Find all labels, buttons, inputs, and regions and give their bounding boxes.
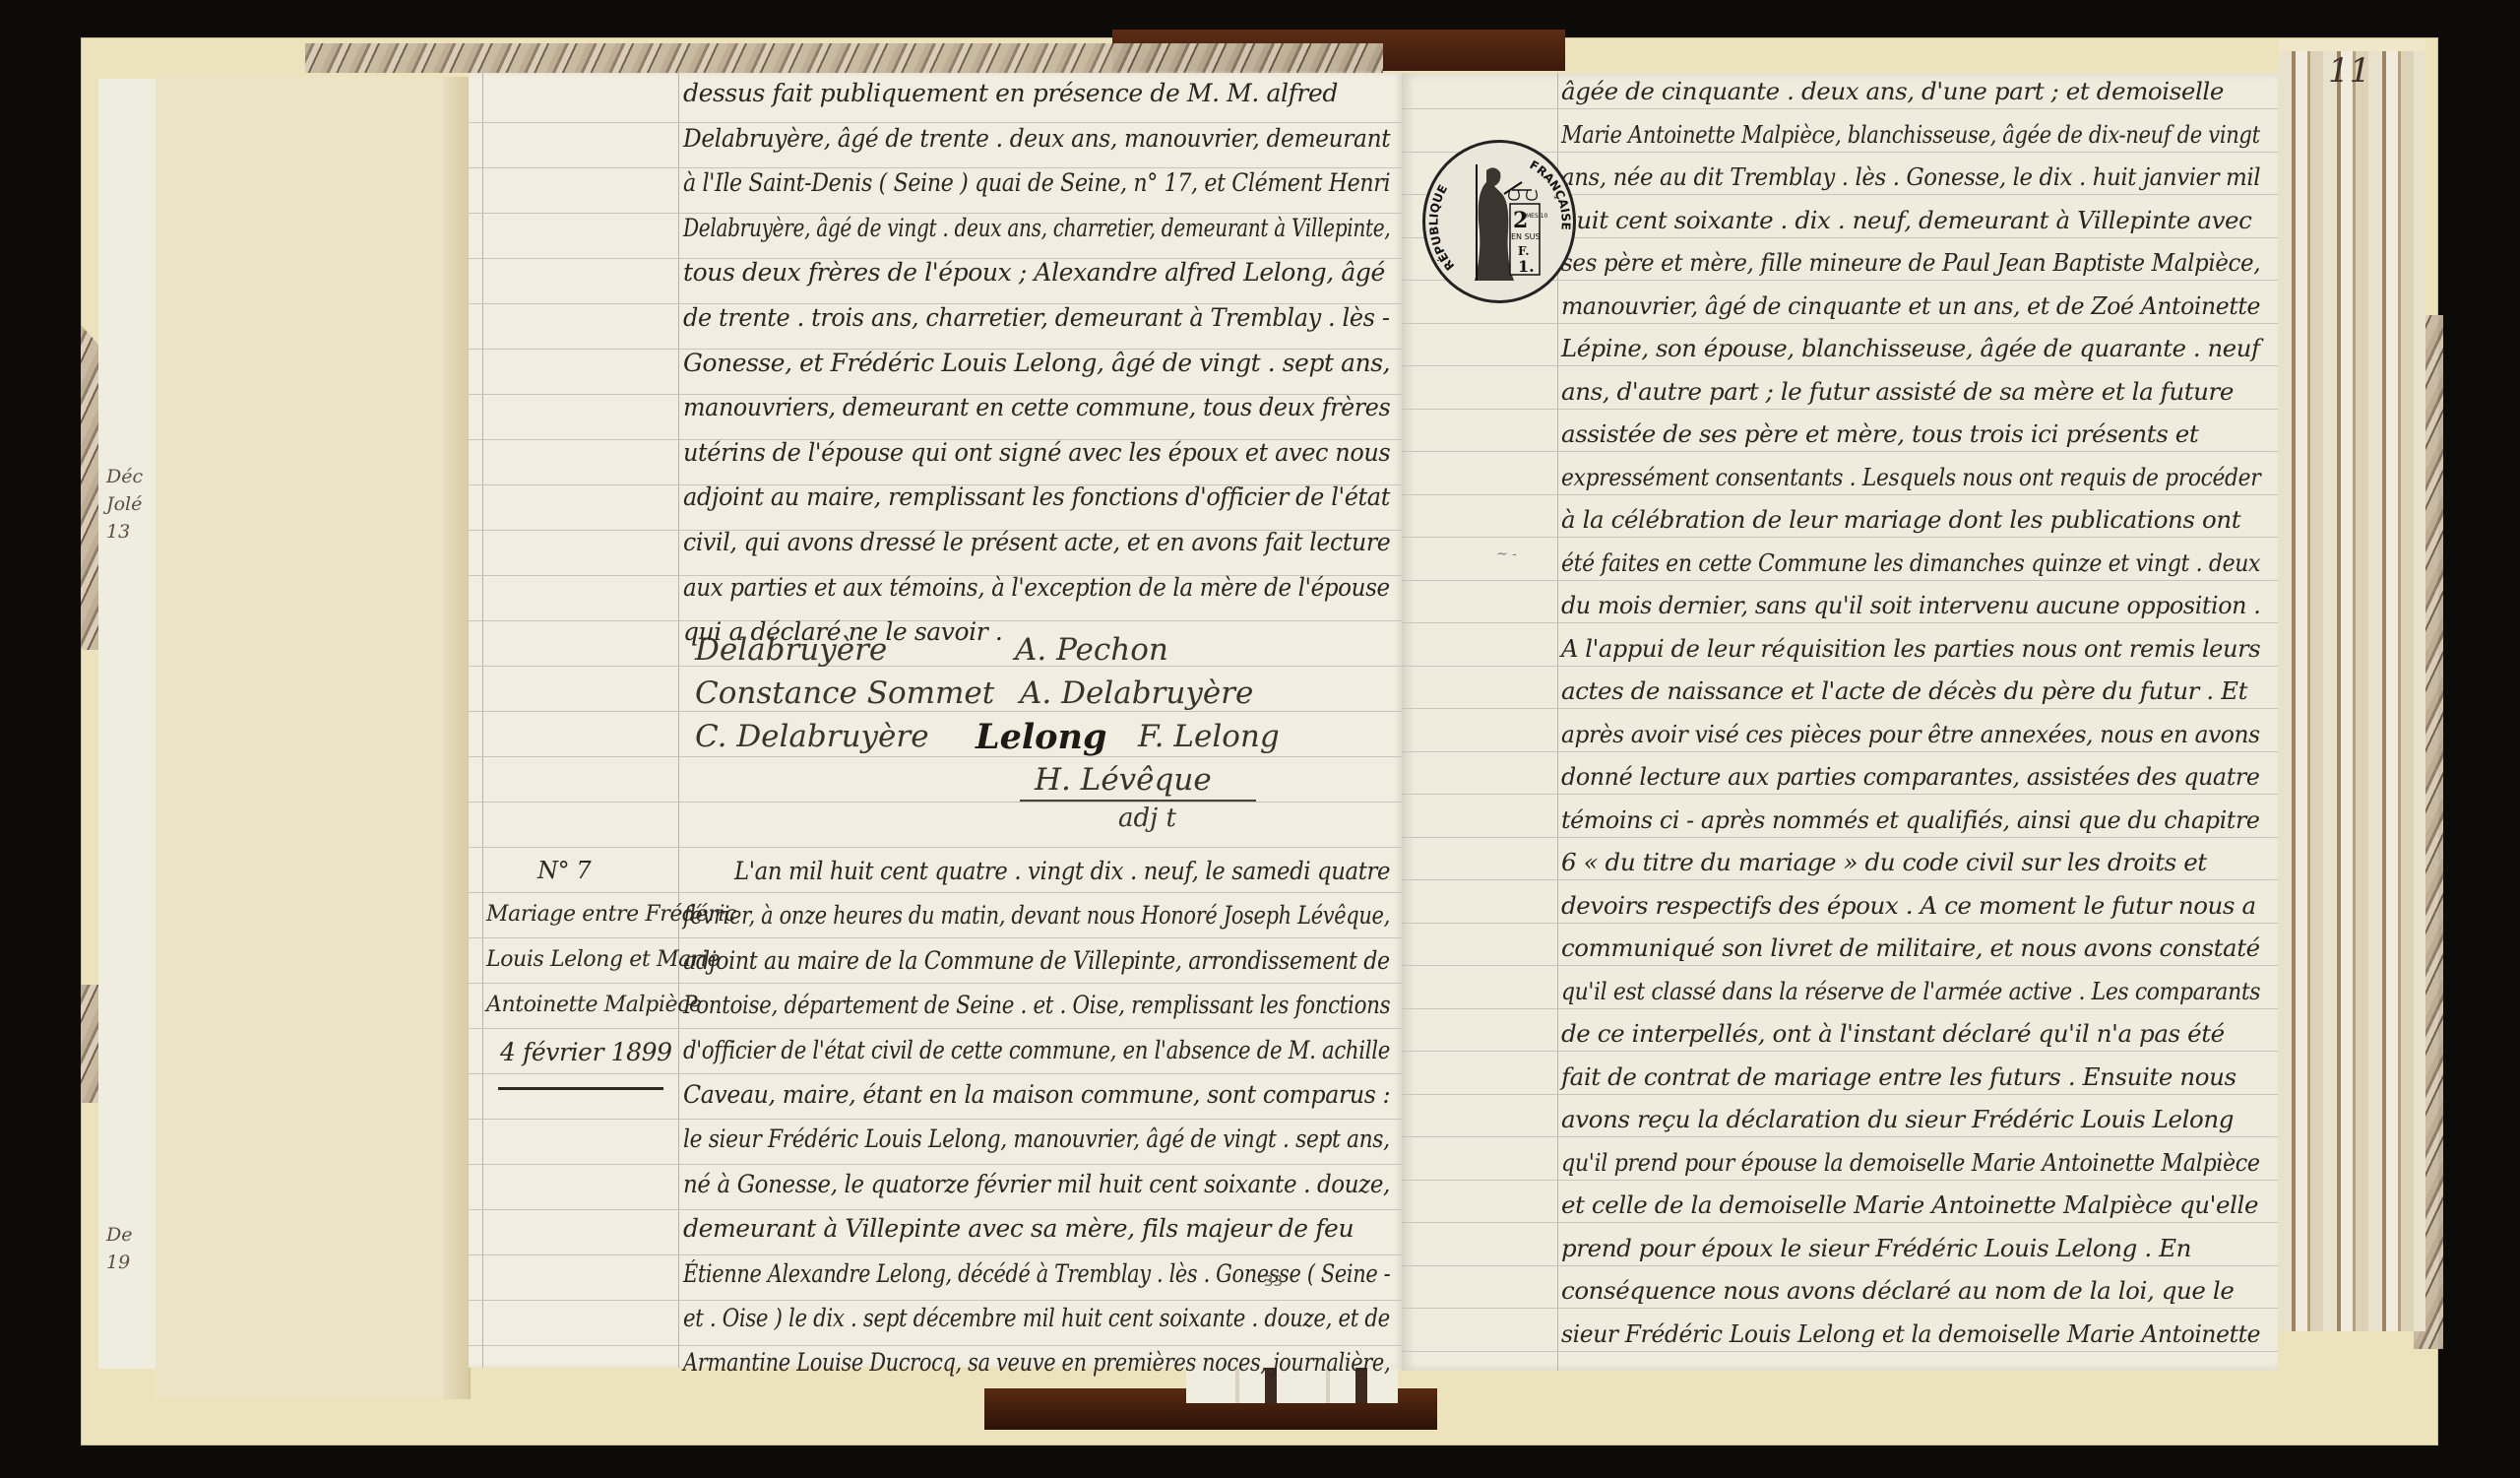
ruled-line bbox=[469, 1164, 1402, 1165]
ruled-line bbox=[469, 1254, 1402, 1255]
ruled-line bbox=[1402, 108, 2278, 109]
handwritten-line: assistée de ses père et mère, tous trois… bbox=[1561, 419, 2198, 448]
svg-text:2: 2 bbox=[1513, 208, 1528, 233]
handwritten-line: donné lecture aux parties comparantes, a… bbox=[1561, 762, 2260, 791]
svg-text:1.: 1. bbox=[1518, 257, 1535, 276]
handwritten-line: 6 « du titre du mariage » du code civil … bbox=[1561, 848, 2207, 876]
ruled-line bbox=[1402, 1136, 2278, 1137]
flyleaf-fold bbox=[443, 77, 469, 1399]
ruled-line bbox=[469, 1073, 1402, 1074]
handwritten-line: actes de naissance et l'acte de décès du… bbox=[1561, 676, 2247, 705]
handwritten-line: prend pour époux le sieur Frédéric Louis… bbox=[1561, 1234, 2191, 1262]
handwritten-line: A l'appui de leur réquisition les partie… bbox=[1561, 634, 2260, 663]
entry-separator bbox=[498, 1087, 663, 1090]
ruled-line bbox=[1402, 1051, 2278, 1052]
handwritten-line: ans, d'autre part ; le futur assisté de … bbox=[1561, 377, 2234, 406]
entry-number: N° 7 bbox=[537, 857, 591, 884]
blank-flyleaf bbox=[156, 77, 471, 1399]
ruled-line bbox=[1402, 965, 2278, 966]
handwritten-line: tous deux frères de l'époux ; Alexandre … bbox=[683, 258, 1385, 287]
signature: F. Lelong bbox=[1138, 719, 1280, 754]
ruled-line bbox=[1402, 409, 2278, 410]
left-register-page: dessus fait publiquement en présence de … bbox=[469, 73, 1402, 1368]
signature: Delabruyère bbox=[695, 632, 887, 668]
handwritten-line: et celle de la demoiselle Marie Antoinet… bbox=[1561, 1190, 2258, 1219]
handwritten-line: après avoir visé ces pièces pour être an… bbox=[1561, 720, 2260, 748]
signature: A. Pechon bbox=[1015, 632, 1168, 668]
ruled-line bbox=[1402, 923, 2278, 924]
handwritten-line: huit cent soixante . dix . neuf, demeura… bbox=[1561, 206, 2251, 234]
ruled-line bbox=[1402, 323, 2278, 324]
svg-text:F.: F. bbox=[1518, 244, 1530, 258]
stub-note-line: 13 bbox=[106, 518, 152, 546]
handwritten-line: Lépine, son épouse, blanchisseuse, âgée … bbox=[1561, 334, 2260, 362]
ruled-line bbox=[1402, 666, 2278, 667]
ruled-line bbox=[469, 892, 1402, 893]
handwritten-line: témoins ci - après nommés et qualifiés, … bbox=[1561, 805, 2260, 834]
handwritten-line: Pontoise, département de Seine . et . Oi… bbox=[683, 991, 1390, 1019]
handwritten-line: été faites en cette Commune les dimanche… bbox=[1561, 548, 2260, 577]
stub-note-line: Jolé bbox=[106, 490, 152, 518]
signature: C. Delabruyère bbox=[695, 719, 929, 754]
handwritten-line: conséquence nous avons déclaré au nom de… bbox=[1561, 1276, 2234, 1305]
stub-note-line: Déc bbox=[106, 463, 152, 490]
handwritten-line: utérins de l'épouse qui ont signé avec l… bbox=[683, 438, 1390, 467]
ruled-line bbox=[1402, 1180, 2278, 1181]
ruled-line bbox=[1402, 751, 2278, 752]
ruled-line bbox=[469, 1345, 1402, 1346]
handwritten-line: âgée de cinquante . deux ans, d'une part… bbox=[1561, 77, 2224, 105]
ruled-line bbox=[1402, 537, 2278, 538]
handwritten-line: à l'Ile Saint-Denis ( Seine ) quai de Se… bbox=[683, 168, 1390, 197]
handwritten-line: février, à onze heures du matin, devant … bbox=[683, 901, 1390, 930]
handwritten-line: ses père et mère, fille mineure de Paul … bbox=[1561, 248, 2260, 277]
handwritten-line: Marie Antoinette Malpièce, blanchisseuse… bbox=[1561, 120, 2260, 149]
svg-text:EN SUS: EN SUS bbox=[1511, 232, 1541, 241]
handwritten-line: Gonesse, et Frédéric Louis Lelong, âgé d… bbox=[683, 349, 1390, 377]
handwritten-line: et . Oise ) le dix . sept décembre mil h… bbox=[683, 1304, 1390, 1332]
handwritten-line: Caveau, maire, étant en la maison commun… bbox=[683, 1080, 1390, 1109]
page-number: 33 bbox=[1264, 1272, 1283, 1290]
ruled-line bbox=[1402, 1008, 2278, 1009]
ruled-line bbox=[1402, 451, 2278, 452]
stub-note-line: De bbox=[106, 1221, 152, 1249]
signature: A. Delabruyère bbox=[1020, 675, 1253, 711]
stamp-republique-francaise-icon: RÉPUBLIQUE FRANÇAISE 2 MES 10 EN SUS F. … bbox=[1425, 143, 1573, 300]
handwritten-line: aux parties et aux témoins, à l'exceptio… bbox=[683, 573, 1390, 602]
ruled-line bbox=[469, 1119, 1402, 1120]
ruled-line bbox=[469, 937, 1402, 938]
signature: adj t bbox=[1118, 803, 1176, 833]
handwritten-line: Delabruyère, âgé de vingt . deux ans, ch… bbox=[683, 214, 1390, 242]
handwritten-line: manouvrier, âgé de cinquante et un ans, … bbox=[1561, 291, 2260, 320]
ruled-line bbox=[1402, 1094, 2278, 1095]
ruled-line bbox=[1402, 1351, 2278, 1352]
signature-underline bbox=[1020, 800, 1256, 802]
ruled-line bbox=[469, 983, 1402, 984]
handwritten-line: L'an mil huit cent quatre . vingt dix . … bbox=[734, 857, 1390, 885]
entry-margin-title: Antoinette Malpièce bbox=[486, 993, 702, 1017]
ruled-line bbox=[1402, 365, 2278, 366]
handwritten-line: expressément consentants . Lesquels nous… bbox=[1561, 463, 2260, 491]
handwritten-line: qu'il prend pour épouse la demoiselle Ma… bbox=[1561, 1148, 2260, 1177]
handwritten-line: communiqué son livret de militaire, et n… bbox=[1561, 933, 2260, 962]
handwritten-line: à la célébration de leur mariage dont le… bbox=[1561, 505, 2240, 534]
ruled-line bbox=[1402, 1308, 2278, 1309]
handwritten-line: adjoint au maire de la Commune de Villep… bbox=[683, 946, 1390, 975]
stub-margin-note-top: Déc Jolé 13 bbox=[106, 463, 152, 546]
marbled-board-top bbox=[305, 43, 1383, 73]
handwritten-line: ans, née au dit Tremblay . lès . Gonesse… bbox=[1561, 162, 2260, 191]
handwritten-line: Delabruyère, âgé de trente . deux ans, m… bbox=[683, 124, 1390, 153]
ruled-line bbox=[469, 802, 1402, 803]
ruled-line bbox=[1402, 622, 2278, 623]
ruled-line bbox=[1402, 794, 2278, 795]
ruled-line bbox=[1402, 837, 2278, 838]
entry-date: 4 février 1899 bbox=[500, 1038, 672, 1066]
handwritten-line: fait de contrat de mariage entre les fut… bbox=[1561, 1062, 2236, 1091]
stub-note-line: 19 bbox=[106, 1249, 152, 1276]
margin-column-line bbox=[678, 73, 679, 1368]
ruled-line bbox=[469, 1028, 1402, 1029]
handwritten-line: demeurant à Villepinte avec sa mère, fil… bbox=[683, 1214, 1354, 1243]
signature: Lelong bbox=[976, 717, 1106, 757]
handwritten-line: de trente . trois ans, charretier, demeu… bbox=[683, 303, 1390, 332]
handwritten-line: qu'il est classé dans la réserve de l'ar… bbox=[1561, 977, 2260, 1005]
fiscal-stamp: RÉPUBLIQUE FRANÇAISE 2 MES 10 EN SUS F. … bbox=[1422, 140, 1576, 303]
ruled-line bbox=[1402, 1222, 2278, 1223]
handwritten-line: civil, qui avons dressé le présent acte,… bbox=[683, 528, 1390, 556]
handwritten-line: d'officier de l'état civil de cette comm… bbox=[683, 1036, 1390, 1064]
ruled-line bbox=[469, 666, 1402, 667]
page-margin-line bbox=[482, 73, 483, 1368]
handwritten-line: du mois dernier, sans qu'il soit interve… bbox=[1561, 591, 2260, 619]
svg-text:RÉPUBLIQUE: RÉPUBLIQUE bbox=[1427, 182, 1458, 273]
handwritten-line: de ce interpellés, ont à l'instant décla… bbox=[1561, 1019, 2225, 1048]
svg-text:MES 10: MES 10 bbox=[1526, 213, 1548, 220]
handwritten-line: manouvriers, demeurant en cette commune,… bbox=[683, 393, 1390, 421]
ruled-line bbox=[469, 1209, 1402, 1210]
ruled-line bbox=[469, 847, 1402, 848]
handwritten-line: avons reçu la déclaration du sieur Frédé… bbox=[1561, 1105, 2234, 1133]
page-edges-stack bbox=[2278, 51, 2425, 1331]
ruled-line bbox=[1402, 708, 2278, 709]
ruled-line bbox=[1402, 580, 2278, 581]
signature: Constance Sommet bbox=[695, 675, 994, 711]
handwritten-line: Étienne Alexandre Lelong, décédé à Tremb… bbox=[683, 1259, 1390, 1288]
handwritten-line: Armantine Louise Ducrocq, sa veuve en pr… bbox=[683, 1348, 1390, 1377]
ruled-line bbox=[1402, 1265, 2278, 1266]
handwritten-line: dessus fait publiquement en présence de … bbox=[683, 79, 1338, 107]
stub-leaf bbox=[98, 79, 157, 1369]
handwritten-line: le sieur Frédéric Louis Lelong, manouvri… bbox=[683, 1125, 1390, 1153]
handwritten-line: sieur Frédéric Louis Lelong et la demois… bbox=[1561, 1319, 2260, 1348]
ruled-line bbox=[1402, 494, 2278, 495]
handwritten-line: né à Gonesse, le quatorze février mil hu… bbox=[683, 1170, 1390, 1198]
ruled-line bbox=[469, 711, 1402, 712]
handwritten-line: devoirs respectifs des époux . A ce mome… bbox=[1561, 891, 2256, 920]
ruled-line bbox=[469, 1300, 1402, 1301]
pencil-mark: ~ - bbox=[1496, 546, 1517, 562]
folio-number: 11 bbox=[2328, 51, 2370, 91]
ruled-line bbox=[1402, 879, 2278, 880]
ruled-line bbox=[469, 756, 1402, 757]
handwritten-line: adjoint au maire, remplissant les foncti… bbox=[683, 482, 1390, 511]
stub-margin-note-bottom: De 19 bbox=[106, 1221, 152, 1276]
signature: H. Lévêque bbox=[1035, 762, 1212, 798]
